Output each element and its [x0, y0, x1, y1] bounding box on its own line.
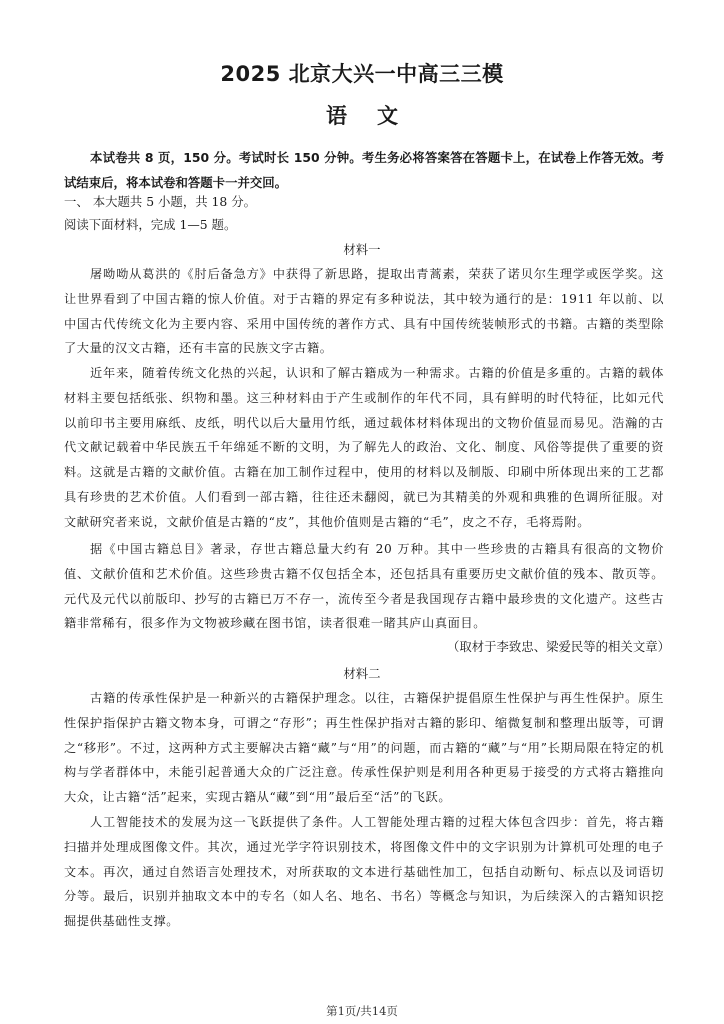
- material-one-paragraph: 近年来，随着传统文化热的兴起，认识和了解古籍成为一种需求。古籍的价值是多重的。古…: [64, 361, 664, 535]
- exam-page: 2025 北京大兴一中高三三模 语文 本试卷共 8 页，150 分。考试时长 1…: [0, 0, 724, 1024]
- exam-notice: 本试卷共 8 页，150 分。考试时长 150 分钟。考生务必将答案答在答题卡上…: [64, 145, 664, 195]
- material-two-paragraph: 古籍的传承性保护是一种新兴的古籍保护理念。以往，古籍保护提倡原生性保护与再生性保…: [64, 686, 664, 810]
- material-two-paragraph: 人工智能技术的发展为这一飞跃提供了条件。人工智能处理古籍的过程大体包含四步：首先…: [64, 810, 664, 934]
- material-one-paragraph: 据《中国古籍总目》著录，存世古籍总量大约有 20 万种。其中一些珍贵的古籍具有很…: [64, 537, 664, 636]
- material-one-heading: 材料一: [0, 240, 724, 258]
- material-two-heading: 材料二: [0, 664, 724, 682]
- material-one-source: （取材于李致忠、梁爱民等的相关文章）: [447, 637, 670, 655]
- material-one-paragraph: 屠呦呦从葛洪的《肘后备急方》中获得了新思路，提取出青蒿素，荣获了诺贝尔生理学或医…: [64, 262, 664, 361]
- reading-instruction: 阅读下面材料，完成 1—5 题。: [64, 214, 664, 236]
- subject-title: 语文: [0, 100, 724, 130]
- section-header: 一、 本大题共 5 小题，共 18 分。: [64, 191, 664, 213]
- exam-title: 2025 北京大兴一中高三三模: [0, 58, 724, 88]
- page-number: 第1页/共14页: [0, 1003, 724, 1019]
